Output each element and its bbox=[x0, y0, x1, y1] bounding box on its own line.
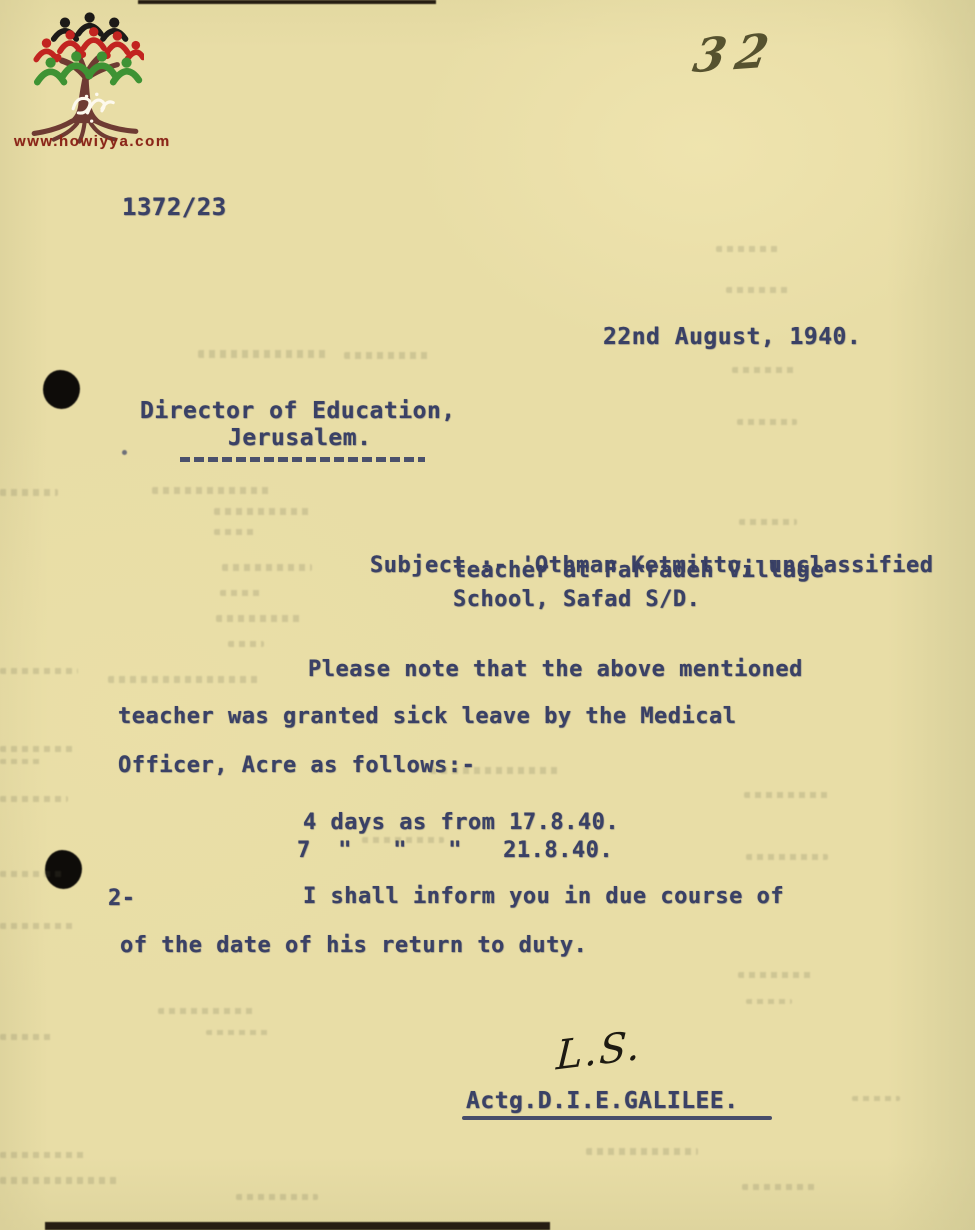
bleed-through-mark bbox=[236, 1194, 318, 1200]
bleed-through-mark bbox=[206, 1030, 268, 1035]
bleed-through-mark bbox=[220, 590, 264, 596]
hole-punch bbox=[43, 370, 80, 409]
bleed-through-mark bbox=[852, 1096, 900, 1101]
bleed-through-mark bbox=[744, 792, 828, 798]
recipient-line: Director of Education, bbox=[140, 398, 456, 424]
bleed-through-mark bbox=[0, 489, 58, 496]
signature-underline bbox=[462, 1116, 772, 1120]
signature-title: Actg.D.I.E.GALILEE. bbox=[466, 1088, 739, 1114]
bleed-through-mark bbox=[732, 367, 796, 373]
scanned-letter-page: www.howiyya.com 32 1372/23 22nd August, … bbox=[0, 0, 975, 1230]
bleed-through-mark bbox=[222, 564, 312, 571]
bleed-through-mark bbox=[0, 871, 66, 877]
bleed-through-mark bbox=[228, 641, 264, 647]
bleed-through-mark bbox=[362, 837, 444, 843]
bleed-through-mark bbox=[742, 1184, 818, 1190]
hole-punch bbox=[45, 850, 82, 889]
bleed-through-mark bbox=[0, 1177, 120, 1184]
watermark-url: www.howiyya.com bbox=[14, 133, 171, 150]
recipient-dashed-rule bbox=[180, 457, 425, 462]
bleed-through-mark bbox=[0, 796, 68, 802]
bleed-through-mark bbox=[0, 1034, 54, 1040]
bleed-through-mark bbox=[726, 287, 792, 293]
howiyya-tree-logo-icon bbox=[26, 2, 144, 154]
body-line: I shall inform you in due course of bbox=[303, 884, 784, 909]
bleed-through-mark bbox=[0, 923, 74, 929]
bleed-through-mark bbox=[216, 615, 302, 622]
bleed-through-mark bbox=[344, 352, 432, 359]
people-figures bbox=[36, 12, 143, 82]
bleed-through-mark bbox=[737, 419, 797, 425]
bleed-through-mark bbox=[158, 1008, 254, 1014]
bleed-through-mark bbox=[0, 759, 42, 764]
subject-line: teacher at Farradeh Village bbox=[453, 558, 824, 583]
bleed-through-mark bbox=[198, 350, 330, 358]
scan-edge-bottom bbox=[45, 1222, 550, 1230]
body-line: teacher was granted sick leave by the Me… bbox=[118, 704, 737, 729]
handwritten-page-number: 32 bbox=[689, 23, 782, 84]
bleed-through-mark bbox=[746, 999, 792, 1004]
bleed-through-mark bbox=[738, 972, 814, 978]
sick-leave-line: 7 " " " 21.8.40. bbox=[297, 838, 613, 863]
bleed-through-mark bbox=[214, 529, 254, 535]
body-line: Please note that the above mentioned bbox=[308, 657, 803, 682]
recipient-line: Jerusalem. bbox=[228, 425, 371, 451]
sick-leave-line: 4 days as from 17.8.40. bbox=[303, 810, 619, 835]
bleed-through-mark bbox=[739, 519, 797, 525]
bleed-through-mark bbox=[152, 487, 270, 494]
bleed-through-mark bbox=[586, 1148, 698, 1155]
bleed-through-mark bbox=[0, 668, 78, 674]
bleed-through-mark bbox=[0, 746, 76, 752]
body-line: Officer, Acre as follows:- bbox=[118, 753, 475, 778]
bleed-through-mark bbox=[214, 508, 310, 515]
paragraph-marker: 2- bbox=[108, 886, 136, 911]
body-line: of the date of his return to duty. bbox=[120, 933, 587, 958]
bleed-through-mark bbox=[108, 676, 260, 683]
reference-number: 1372/23 bbox=[122, 193, 227, 221]
bleed-through-mark bbox=[430, 767, 558, 774]
letter-date: 22nd August, 1940. bbox=[603, 324, 861, 350]
handwritten-signature-initials: L.S. bbox=[555, 1022, 643, 1079]
ink-speck bbox=[122, 450, 127, 455]
bleed-through-mark bbox=[716, 246, 778, 252]
bleed-through-mark bbox=[0, 1152, 88, 1158]
subject-line: School, Safad S/D. bbox=[453, 587, 700, 612]
bleed-through-mark bbox=[746, 854, 828, 860]
scan-edge-top bbox=[138, 0, 436, 4]
